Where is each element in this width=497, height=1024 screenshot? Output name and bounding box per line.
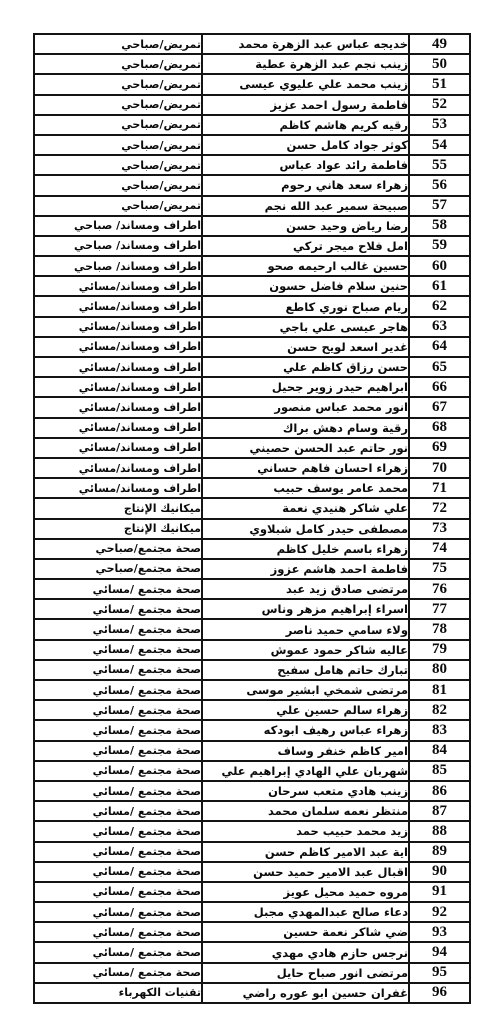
- department-shift-cell: ميكانيك الإنتاج: [34, 498, 202, 518]
- row-number-cell: 58: [409, 216, 470, 236]
- scanned-document-page: 49 خديجه عباس عبد الزهرة محمد تمريض/صباح…: [0, 0, 497, 1024]
- table-row: 83 زهراء عباس رهيف ابودكه صحة مجتمع /مسا…: [34, 720, 470, 740]
- department-shift-cell: اطراف ومساند/مسائي: [34, 438, 202, 458]
- department-shift-cell: اطراف ومساند/مسائي: [34, 357, 202, 377]
- employee-name-cell: نور حاتم عبد الحسن حصيني: [202, 438, 409, 458]
- employee-name-cell: هاجر عيسى علي باجي: [202, 317, 409, 337]
- table-row: 57 صبيحة سمير عبد الله نجم تمريض/صباحي: [34, 196, 470, 216]
- department-shift-cell: ميكانيك الإنتاج: [34, 519, 202, 539]
- employee-name-cell: دعاء صالح عبدالمهدي مجبل: [202, 902, 409, 922]
- department-shift-cell: صحة مجتمع /مسائي: [34, 781, 202, 801]
- row-number-cell: 51: [409, 74, 470, 94]
- table-row: 59 امل فلاح ميجر تركي اطراف ومساند/ صباح…: [34, 236, 470, 256]
- row-number-cell: 57: [409, 196, 470, 216]
- table-row: 66 ابراهيم حيدر زوير جحيل اطراف ومساند/م…: [34, 377, 470, 397]
- department-shift-cell: صحة مجتمع/صباحي: [34, 559, 202, 579]
- department-shift-cell: صحة مجتمع /مسائي: [34, 942, 202, 962]
- employee-name-cell: اسراء إبراهيم مزهر وناس: [202, 599, 409, 619]
- table-row: 74 زهراء باسم خليل كاظم صحة مجتمع/صباحي: [34, 539, 470, 559]
- department-shift-cell: صحة مجتمع /مسائي: [34, 640, 202, 660]
- employee-name-cell: اقبال عبد الامير حميد حسن: [202, 862, 409, 882]
- table-row: 60 حسين غالب ارحيمه صحو اطراف ومساند/ صب…: [34, 256, 470, 276]
- row-number-cell: 66: [409, 377, 470, 397]
- department-shift-cell: صحة مجتمع /مسائي: [34, 660, 202, 680]
- table-row: 82 زهراء سالم حسين علي صحة مجتمع /مسائي: [34, 700, 470, 720]
- department-shift-cell: اطراف ومساند/مسائي: [34, 337, 202, 357]
- employee-name-cell: كوثر جواد كامل حسن: [202, 135, 409, 155]
- employee-name-cell: فاطمة احمد هاشم عزوز: [202, 559, 409, 579]
- table-row: 92 دعاء صالح عبدالمهدي مجبل صحة مجتمع /م…: [34, 902, 470, 922]
- department-shift-cell: صحة مجتمع /مسائي: [34, 801, 202, 821]
- department-shift-cell: تمريض/صباحي: [34, 196, 202, 216]
- table-row: 96 غفران حسين ابو عوره راضي تقنيات الكهر…: [34, 983, 470, 1003]
- department-shift-cell: صحة مجتمع /مسائي: [34, 700, 202, 720]
- row-number-cell: 55: [409, 155, 470, 175]
- row-number-cell: 95: [409, 963, 470, 983]
- roster-table-container: 49 خديجه عباس عبد الزهرة محمد تمريض/صباح…: [33, 33, 471, 1004]
- employee-name-cell: ريام صباح نوري كاطع: [202, 296, 409, 316]
- row-number-cell: 94: [409, 942, 470, 962]
- row-number-cell: 56: [409, 175, 470, 195]
- row-number-cell: 74: [409, 539, 470, 559]
- row-number-cell: 65: [409, 357, 470, 377]
- department-shift-cell: تمريض/صباحي: [34, 155, 202, 175]
- department-shift-cell: اطراف ومساند/ صباحي: [34, 256, 202, 276]
- row-number-cell: 54: [409, 135, 470, 155]
- row-number-cell: 96: [409, 983, 470, 1003]
- row-number-cell: 52: [409, 95, 470, 115]
- employee-name-cell: خديجه عباس عبد الزهرة محمد: [202, 34, 409, 54]
- table-row: 58 رضا رياض وحيد حسن اطراف ومساند/ صباحي: [34, 216, 470, 236]
- row-number-cell: 59: [409, 236, 470, 256]
- table-row: 87 منتظر نعمه سلمان محمد صحة مجتمع /مسائ…: [34, 801, 470, 821]
- table-row: 78 ولاء سامي حميد ناصر صحة مجتمع /مسائي: [34, 619, 470, 639]
- table-row: 63 هاجر عيسى علي باجي اطراف ومساند/مسائي: [34, 317, 470, 337]
- row-number-cell: 80: [409, 660, 470, 680]
- row-number-cell: 79: [409, 640, 470, 660]
- row-number-cell: 86: [409, 781, 470, 801]
- table-row: 69 نور حاتم عبد الحسن حصيني اطراف ومساند…: [34, 438, 470, 458]
- table-row: 91 مروه حميد محيل عويز صحة مجتمع /مسائي: [34, 882, 470, 902]
- department-shift-cell: صحة مجتمع /مسائي: [34, 882, 202, 902]
- row-number-cell: 78: [409, 619, 470, 639]
- row-number-cell: 67: [409, 397, 470, 417]
- table-row: 81 مرتضى شمخي ابشير موسى صحة مجتمع /مسائ…: [34, 680, 470, 700]
- employee-name-cell: زهراء احسان فاهم حساني: [202, 458, 409, 478]
- employee-name-cell: امل فلاح ميجر تركي: [202, 236, 409, 256]
- table-row: 84 امير كاظم خنفر وساف صحة مجتمع /مسائي: [34, 741, 470, 761]
- row-number-cell: 77: [409, 599, 470, 619]
- department-shift-cell: صحة مجتمع /مسائي: [34, 902, 202, 922]
- row-number-cell: 61: [409, 276, 470, 296]
- table-row: 94 نرجس حازم هادي مهدي صحة مجتمع /مسائي: [34, 942, 470, 962]
- employee-name-cell: منتظر نعمه سلمان محمد: [202, 801, 409, 821]
- department-shift-cell: اطراف ومساند/ صباحي: [34, 216, 202, 236]
- row-number-cell: 82: [409, 700, 470, 720]
- row-number-cell: 91: [409, 882, 470, 902]
- employee-name-cell: زهراء باسم خليل كاظم: [202, 539, 409, 559]
- row-number-cell: 50: [409, 54, 470, 74]
- employee-name-cell: زهراء سعد هاني رحوم: [202, 175, 409, 195]
- row-number-cell: 85: [409, 761, 470, 781]
- table-row: 52 فاطمة رسول احمد عزيز تمريض/صباحي: [34, 95, 470, 115]
- department-shift-cell: صحة مجتمع /مسائي: [34, 599, 202, 619]
- employee-name-cell: غفران حسين ابو عوره راضي: [202, 983, 409, 1003]
- row-number-cell: 93: [409, 922, 470, 942]
- department-shift-cell: صحة مجتمع /مسائي: [34, 963, 202, 983]
- table-row: 53 رقيه كريم هاشم كاظم تمريض/صباحي: [34, 115, 470, 135]
- row-number-cell: 73: [409, 519, 470, 539]
- table-row: 50 زينب نجم عبد الزهرة عطية تمريض/صباحي: [34, 54, 470, 74]
- table-row: 85 شهربان علي الهادي إبراهيم علي صحة مجت…: [34, 761, 470, 781]
- department-shift-cell: اطراف ومساند/مسائي: [34, 458, 202, 478]
- row-number-cell: 90: [409, 862, 470, 882]
- employee-name-cell: رقية وسام دهش براك: [202, 418, 409, 438]
- employee-name-cell: انور محمد عباس منصور: [202, 397, 409, 417]
- department-shift-cell: صحة مجتمع/صباحي: [34, 539, 202, 559]
- employee-name-cell: محمد عامر يوسف حبيب: [202, 478, 409, 498]
- department-shift-cell: اطراف ومساند/مسائي: [34, 317, 202, 337]
- department-shift-cell: تمريض/صباحي: [34, 74, 202, 94]
- table-row: 75 فاطمة احمد هاشم عزوز صحة مجتمع/صباحي: [34, 559, 470, 579]
- table-row: 93 ضي شاكر نعمة حسين صحة مجتمع /مسائي: [34, 922, 470, 942]
- table-row: 64 غدير اسعد لويح حسن اطراف ومساند/مسائي: [34, 337, 470, 357]
- department-shift-cell: تمريض/صباحي: [34, 115, 202, 135]
- employee-name-cell: نرجس حازم هادي مهدي: [202, 942, 409, 962]
- department-shift-cell: صحة مجتمع /مسائي: [34, 842, 202, 862]
- employee-name-cell: زيد محمد حبيب حمد: [202, 821, 409, 841]
- row-number-cell: 84: [409, 741, 470, 761]
- employee-name-cell: مصطفى حيدر كامل شبلاوي: [202, 519, 409, 539]
- row-number-cell: 69: [409, 438, 470, 458]
- employee-name-cell: مرتضى انور صباح حايل: [202, 963, 409, 983]
- employee-name-cell: زهراء سالم حسين علي: [202, 700, 409, 720]
- employee-name-cell: رقيه كريم هاشم كاظم: [202, 115, 409, 135]
- row-number-cell: 49: [409, 34, 470, 54]
- row-number-cell: 72: [409, 498, 470, 518]
- row-number-cell: 92: [409, 902, 470, 922]
- department-shift-cell: صحة مجتمع /مسائي: [34, 862, 202, 882]
- table-row: 55 فاطمة رائد عواد عباس تمريض/صباحي: [34, 155, 470, 175]
- department-shift-cell: اطراف ومساند/مسائي: [34, 296, 202, 316]
- table-row: 56 زهراء سعد هاني رحوم تمريض/صباحي: [34, 175, 470, 195]
- row-number-cell: 88: [409, 821, 470, 841]
- row-number-cell: 75: [409, 559, 470, 579]
- employee-name-cell: حسن رزاق كاظم علي: [202, 357, 409, 377]
- department-shift-cell: صحة مجتمع /مسائي: [34, 579, 202, 599]
- department-shift-cell: صحة مجتمع /مسائي: [34, 761, 202, 781]
- department-shift-cell: صحة مجتمع /مسائي: [34, 741, 202, 761]
- employee-name-cell: فاطمة رسول احمد عزيز: [202, 95, 409, 115]
- row-number-cell: 68: [409, 418, 470, 438]
- table-row: 77 اسراء إبراهيم مزهر وناس صحة مجتمع /مس…: [34, 599, 470, 619]
- employee-name-cell: ابراهيم حيدر زوير جحيل: [202, 377, 409, 397]
- row-number-cell: 81: [409, 680, 470, 700]
- employee-name-cell: غدير اسعد لويح حسن: [202, 337, 409, 357]
- department-shift-cell: تمريض/صباحي: [34, 54, 202, 74]
- employee-name-cell: مرتضى شمخي ابشير موسى: [202, 680, 409, 700]
- table-row: 80 تبارك حاتم هامل سفيح صحة مجتمع /مسائي: [34, 660, 470, 680]
- employee-name-cell: مروه حميد محيل عويز: [202, 882, 409, 902]
- row-number-cell: 60: [409, 256, 470, 276]
- employee-name-cell: زهراء عباس رهيف ابودكه: [202, 720, 409, 740]
- department-shift-cell: تقنيات الكهرباء: [34, 983, 202, 1003]
- department-shift-cell: صحة مجتمع /مسائي: [34, 720, 202, 740]
- table-row: 90 اقبال عبد الامير حميد حسن صحة مجتمع /…: [34, 862, 470, 882]
- department-shift-cell: تمريض/صباحي: [34, 135, 202, 155]
- row-number-cell: 62: [409, 296, 470, 316]
- department-shift-cell: صحة مجتمع /مسائي: [34, 922, 202, 942]
- table-row: 62 ريام صباح نوري كاطع اطراف ومساند/مسائ…: [34, 296, 470, 316]
- row-number-cell: 76: [409, 579, 470, 599]
- row-number-cell: 53: [409, 115, 470, 135]
- row-number-cell: 83: [409, 720, 470, 740]
- employee-name-cell: حنين سلام فاضل حسون: [202, 276, 409, 296]
- department-shift-cell: اطراف ومساند/مسائي: [34, 276, 202, 296]
- department-shift-cell: صحة مجتمع /مسائي: [34, 821, 202, 841]
- table-row: 72 علي شاكر هنيدي نعمة ميكانيك الإنتاج: [34, 498, 470, 518]
- row-number-cell: 70: [409, 458, 470, 478]
- table-row: 86 زينب هادي متعب سرحان صحة مجتمع /مسائي: [34, 781, 470, 801]
- employee-name-cell: فاطمة رائد عواد عباس: [202, 155, 409, 175]
- table-row: 79 عاليه شاكر حمود عموش صحة مجتمع /مسائي: [34, 640, 470, 660]
- table-row: 54 كوثر جواد كامل حسن تمريض/صباحي: [34, 135, 470, 155]
- table-row: 51 زينب محمد علي عليوي عيسى تمريض/صباحي: [34, 74, 470, 94]
- roster-table-body: 49 خديجه عباس عبد الزهرة محمد تمريض/صباح…: [34, 34, 470, 1003]
- table-row: 49 خديجه عباس عبد الزهرة محمد تمريض/صباح…: [34, 34, 470, 54]
- employee-name-cell: ولاء سامي حميد ناصر: [202, 619, 409, 639]
- table-row: 68 رقية وسام دهش براك اطراف ومساند/مسائي: [34, 418, 470, 438]
- employee-name-cell: اية عبد الامير كاظم حسن: [202, 842, 409, 862]
- employee-name-cell: ضي شاكر نعمة حسين: [202, 922, 409, 942]
- employee-name-cell: رضا رياض وحيد حسن: [202, 216, 409, 236]
- employee-name-cell: صبيحة سمير عبد الله نجم: [202, 196, 409, 216]
- employee-name-cell: حسين غالب ارحيمه صحو: [202, 256, 409, 276]
- staff-roster-table: 49 خديجه عباس عبد الزهرة محمد تمريض/صباح…: [33, 33, 471, 1004]
- table-row: 71 محمد عامر يوسف حبيب اطراف ومساند/مسائ…: [34, 478, 470, 498]
- department-shift-cell: تمريض/صباحي: [34, 95, 202, 115]
- department-shift-cell: تمريض/صباحي: [34, 34, 202, 54]
- table-row: 95 مرتضى انور صباح حايل صحة مجتمع /مسائي: [34, 963, 470, 983]
- employee-name-cell: زينب نجم عبد الزهرة عطية: [202, 54, 409, 74]
- table-row: 67 انور محمد عباس منصور اطراف ومساند/مسا…: [34, 397, 470, 417]
- row-number-cell: 63: [409, 317, 470, 337]
- row-number-cell: 64: [409, 337, 470, 357]
- table-row: 76 مرتضى صادق زيد عبد صحة مجتمع /مسائي: [34, 579, 470, 599]
- table-row: 61 حنين سلام فاضل حسون اطراف ومساند/مسائ…: [34, 276, 470, 296]
- employee-name-cell: شهربان علي الهادي إبراهيم علي: [202, 761, 409, 781]
- department-shift-cell: اطراف ومساند/ صباحي: [34, 236, 202, 256]
- employee-name-cell: زينب محمد علي عليوي عيسى: [202, 74, 409, 94]
- table-row: 65 حسن رزاق كاظم علي اطراف ومساند/مسائي: [34, 357, 470, 377]
- row-number-cell: 89: [409, 842, 470, 862]
- department-shift-cell: صحة مجتمع /مسائي: [34, 680, 202, 700]
- employee-name-cell: عاليه شاكر حمود عموش: [202, 640, 409, 660]
- department-shift-cell: اطراف ومساند/مسائي: [34, 377, 202, 397]
- table-row: 89 اية عبد الامير كاظم حسن صحة مجتمع /مس…: [34, 842, 470, 862]
- department-shift-cell: اطراف ومساند/مسائي: [34, 397, 202, 417]
- department-shift-cell: صحة مجتمع /مسائي: [34, 619, 202, 639]
- table-row: 70 زهراء احسان فاهم حساني اطراف ومساند/م…: [34, 458, 470, 478]
- row-number-cell: 71: [409, 478, 470, 498]
- table-row: 73 مصطفى حيدر كامل شبلاوي ميكانيك الإنتا…: [34, 519, 470, 539]
- department-shift-cell: اطراف ومساند/مسائي: [34, 478, 202, 498]
- department-shift-cell: تمريض/صباحي: [34, 175, 202, 195]
- employee-name-cell: زينب هادي متعب سرحان: [202, 781, 409, 801]
- department-shift-cell: اطراف ومساند/مسائي: [34, 418, 202, 438]
- employee-name-cell: مرتضى صادق زيد عبد: [202, 579, 409, 599]
- row-number-cell: 87: [409, 801, 470, 821]
- employee-name-cell: علي شاكر هنيدي نعمة: [202, 498, 409, 518]
- table-row: 88 زيد محمد حبيب حمد صحة مجتمع /مسائي: [34, 821, 470, 841]
- employee-name-cell: امير كاظم خنفر وساف: [202, 741, 409, 761]
- employee-name-cell: تبارك حاتم هامل سفيح: [202, 660, 409, 680]
